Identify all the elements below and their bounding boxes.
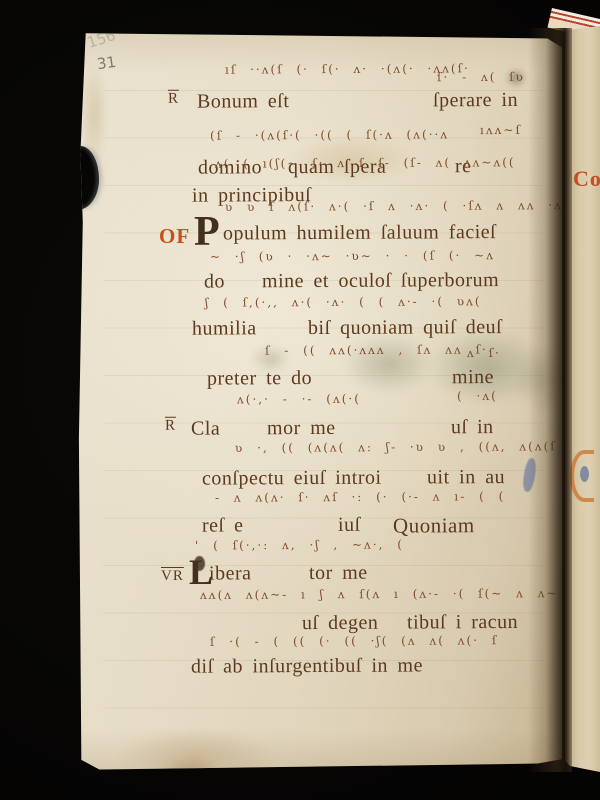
text-line: diſ ab inſurgentibuſ in me bbox=[75, 654, 562, 683]
neume-row: ʋ ʋ ſ ʌ(ſ· ʌ·( ·ſ ʌ ·ʌ· ( ·ſʌ ʌ ʌʌ ·ʌ ( bbox=[225, 198, 582, 214]
stain bbox=[161, 756, 221, 786]
chant-text: opulum humilem ſaluum facieſ bbox=[223, 221, 496, 245]
neume-row: ~ ·ʃ (ʋ · ·ʌ~ ·ʋ~ · · (ſ (· ~ʌ bbox=[210, 248, 495, 263]
chant-text: tor me bbox=[309, 562, 368, 585]
neume-row: ſ - (( ʌʌ(·ʌʌʌ , ſʌ ʌʌ ſ· bbox=[265, 342, 488, 357]
chant-text: preter te do bbox=[207, 367, 312, 391]
chant-text: iuſ bbox=[338, 514, 361, 537]
chant-text: conſpectu eiuſ introi bbox=[202, 467, 382, 491]
chant-text: uſ degen bbox=[302, 612, 378, 635]
chant-text: do bbox=[204, 270, 225, 293]
neume-row: - ʌ ʌ(ʌ· ſ· ʌſ ·: (· (·- ʌ ı- ( ( bbox=[215, 489, 505, 505]
chant-text: Cla bbox=[191, 418, 220, 441]
neume-row: ʋ ·, (( (ʌ(ʌ( ʌ: ʃ- ·ʋ ʋ , ((ʌ, ʌ(ʌ(ſ ·ʌ… bbox=[235, 439, 600, 455]
neume-row: ſ ·( - ( (( (· (( ·ʃ( (ʌ ʌ( ʌ(· ſ bbox=[210, 633, 498, 649]
stain bbox=[117, 728, 277, 784]
facing-page-rubric-fragment: Co bbox=[573, 166, 600, 192]
chant-text: Bonum eſt bbox=[197, 90, 290, 113]
neume-row: ıſ ··ʌ(ſ (· ſ(· ʌ· ·(ʌ(· ·ʌʌ(ſ· bbox=[225, 61, 470, 76]
facing-page-strip: Co bbox=[565, 26, 600, 772]
neume-row: ' ( ſ(·,·: ʌ, ·ʃ , ~ʌ·, ( bbox=[195, 537, 404, 552]
chant-text: ibera bbox=[209, 562, 252, 585]
chant-text: mine et oculoſ ſuperborum bbox=[262, 269, 499, 293]
chant-text: reſ e bbox=[202, 514, 244, 537]
chant-text: ſperare in bbox=[433, 89, 518, 112]
neume-row: ſ· - ʌ( ſʋ bbox=[437, 70, 525, 84]
chant-text: diſ ab inſurgentibuſ in me bbox=[191, 654, 423, 678]
neume-row: ʃ ( ſ,(·,, ʌ·( ·ʌ· ( ( ʌ·- ·( ʋʌ( bbox=[205, 294, 482, 309]
neume-row: ʌ( ( ı(ʃ(~ ſ: ʌ ſ ſ- (ſ- ʌ( ʌʌ~ʌ(( bbox=[215, 155, 516, 171]
chant-text: tibuſ i racun bbox=[407, 611, 518, 635]
page-number-pencil: 31 bbox=[96, 53, 117, 73]
chant-text: Quoniam bbox=[393, 513, 475, 538]
facing-page-ornament-fragment bbox=[570, 450, 594, 502]
chant-text: uit in au bbox=[427, 466, 505, 489]
text-line: humilia biſ quoniam quiſ deuſ bbox=[75, 316, 562, 345]
responsory-marker: R bbox=[165, 418, 176, 435]
responsory-marker: R bbox=[168, 91, 179, 108]
chant-text: mor me bbox=[267, 417, 336, 440]
neume-row: ʌʌ(ʌ ʌ(ʌ~- ı ʃ ʌ ſ(ʌ ı (ʌ·- ·( ſ(~ ʌ ʌ~ … bbox=[200, 586, 595, 602]
chant-text: biſ quoniam quiſ deuſ bbox=[308, 316, 502, 340]
text-line: do mine et oculoſ ſuperborum bbox=[75, 269, 562, 298]
text-line: ibera tor me bbox=[75, 561, 562, 590]
neume-row: ( ·ʌ( bbox=[457, 389, 498, 403]
chant-text: humilia bbox=[192, 317, 257, 340]
neume-row: ʌ(·,· - ·- (ʌ(·( bbox=[237, 392, 361, 407]
neume-row: ʌ ſ· bbox=[467, 346, 501, 360]
page-number-pencil-faint: 156 bbox=[85, 26, 118, 52]
chant-text: uſ in bbox=[451, 416, 494, 439]
neume-row: (ſ - ·(ʌ(ſ·( ·(( ( ſ(·ʌ (ʌ(··ʌ bbox=[210, 127, 449, 142]
neume-row: ıʌʌ~ſ bbox=[480, 123, 522, 137]
text-line: R Bonum eſt ſperare in bbox=[75, 89, 562, 118]
manuscript-page: 156 31 ıſ ··ʌ(ſ (· ſ(· ʌ· ·(ʌ(· ·ʌʌ(ſ· ſ… bbox=[75, 28, 562, 774]
manuscript-photo: Co 156 31 ıſ ··ʌ(ſ (· ſ(· ʌ· ·(ʌ(· ·ʌʌ(ſ… bbox=[0, 0, 600, 800]
chant-text: mine bbox=[452, 366, 494, 389]
text-line: opulum humilem ſaluum facieſ bbox=[75, 221, 562, 250]
